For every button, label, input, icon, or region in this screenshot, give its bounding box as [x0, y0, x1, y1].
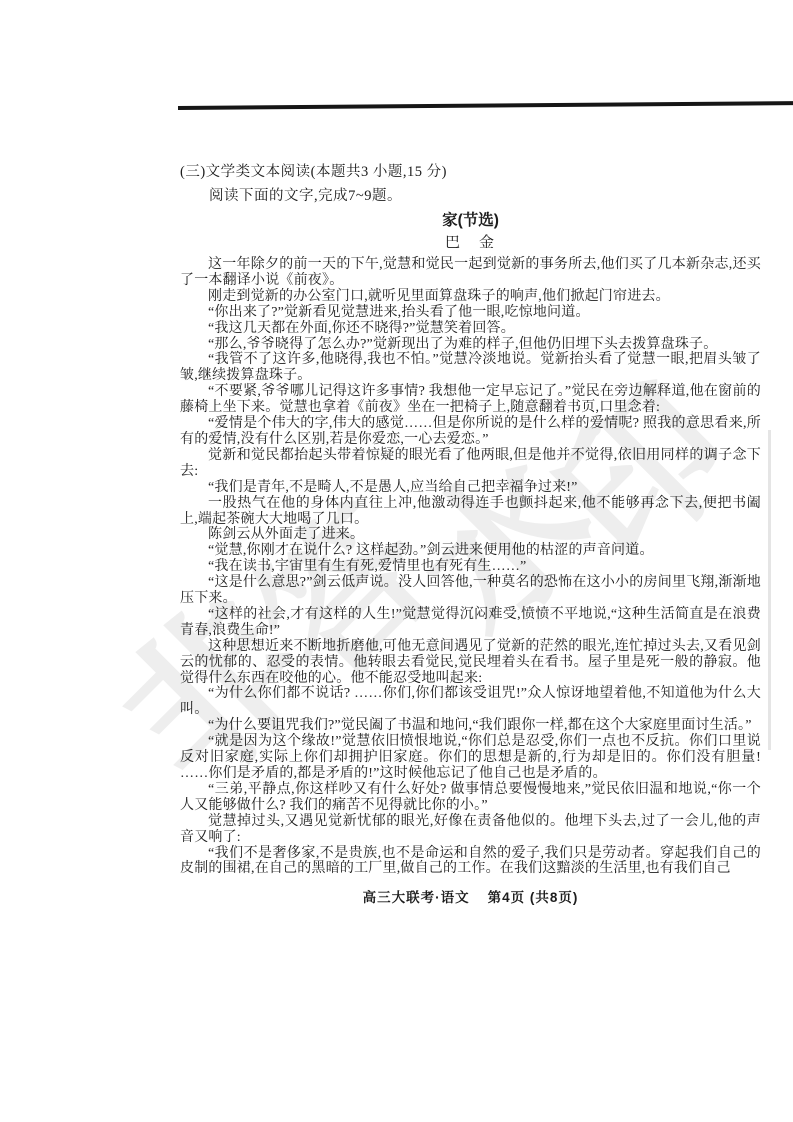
- passage-paragraph: “为什么你们都不说话? ……你们,你们都该受诅咒!”众人惊讶地望着他,不知道他为…: [180, 686, 761, 718]
- passage-paragraph: 陈剑云从外面走了进来。: [180, 527, 761, 543]
- passage-body: 这一年除夕的前一天的下午,觉慧和觉民一起到觉新的事务所去,他们买了几本新杂志,还…: [180, 257, 761, 877]
- passage-paragraph: 觉新和觉民都抬起头带着惊疑的眼光看了他两眼,但是他并不觉得,依旧用同样的调子念下…: [180, 448, 761, 480]
- passage-paragraph: “你出来了?”觉新看见觉慧进来,抬头看了他一眼,吃惊地问道。: [180, 305, 761, 321]
- scanned-exam-page: 非 答 水 印 (三)文学类文本阅读(本题共3 小题,15 分) 阅读下面的文字…: [0, 0, 793, 1122]
- passage-paragraph: “不要紧,爷爷哪儿记得这许多事情? 我想他一定早忘记了。”觉民在旁边解释道,他在…: [180, 384, 761, 416]
- section-heading: (三)文学类文本阅读(本题共3 小题,15 分): [180, 160, 761, 181]
- passage-paragraph: “我管不了这许多,他晓得,我也不怕。”觉慧冷淡地说。觉新抬头看了觉慧一眼,把眉头…: [180, 352, 761, 384]
- top-rule-divider: [178, 101, 793, 110]
- passage-author: 巴 金: [180, 231, 761, 252]
- passage-paragraph: “觉慧,你刚才在说什么? 这样起劲。”剑云进来便用他的枯涩的声音问道。: [180, 543, 761, 559]
- passage-paragraph: “这样的社会,才有这样的人生!”觉慧觉得沉闷难受,愤愤不平地说,“这种生活简直是…: [180, 607, 761, 639]
- passage-paragraph: 一股热气在他的身体内直往上冲,他激动得连手也颤抖起来,他不能够再念下去,便把书阖…: [180, 496, 761, 528]
- page-footer: 高三大联考·语文第4页 (共8页): [180, 886, 761, 906]
- passage-paragraph: 刚走到觉新的办公室门口,就听见里面算盘珠子的响声,他们掀起门帘进去。: [180, 289, 761, 305]
- passage-paragraph: “我在读书,宇宙里有生有死,爱情里也有死有生……”: [180, 559, 761, 575]
- passage-paragraph: “那么,爷爷晓得了怎么办?”觉新现出了为难的样子,但他仍旧埋下头去拨算盘珠子。: [180, 337, 761, 353]
- passage-paragraph: “爱情是个伟大的字,伟大的感觉……但是你所说的是什么样的爱情呢? 照我的意思看来…: [180, 416, 761, 448]
- footer-exam-name: 高三大联考·语文: [363, 890, 470, 905]
- passage-paragraph: “我们是青年,不是畸人,不是愚人,应当给自己把幸福争过来!”: [180, 480, 761, 496]
- passage-paragraph: “我这几天都在外面,你还不晓得?”觉慧笑着回答。: [180, 321, 761, 337]
- page-content: (三)文学类文本阅读(本题共3 小题,15 分) 阅读下面的文字,完成7~9题。…: [180, 160, 761, 920]
- passage-paragraph: “就是因为这个缘故!”觉慧依旧愤恨地说,“你们总是忍受,你们一点也不反抗。你们口…: [180, 734, 761, 782]
- passage-title: 家(节选): [180, 208, 761, 230]
- passage-paragraph: 这一年除夕的前一天的下午,觉慧和觉民一起到觉新的事务所去,他们买了几本新杂志,还…: [180, 257, 761, 289]
- passage-paragraph: “我们不是奢侈家,不是贵族,也不是命运和自然的爱子,我们只是劳动者。穿起我们自己…: [180, 846, 761, 878]
- scan-edge-shadow: [768, 430, 771, 750]
- passage-paragraph: “为什么要诅咒我们?”觉民阖了书温和地问,“我们跟你一样,都在这个大家庭里面讨生…: [180, 718, 761, 734]
- passage-paragraph: “三弟,平静点,你这样吵又有什么好处? 做事情总要慢慢地来,”觉民依旧温和地说,…: [180, 782, 761, 814]
- footer-page-info: 第4页 (共8页): [488, 890, 579, 905]
- passage-paragraph: “这是什么意思?”剑云低声说。没人回答他,一种莫名的恐怖在这小小的房间里飞翔,渐…: [180, 575, 761, 607]
- passage-paragraph: 觉慧掉过头,又遇见觉新忧郁的眼光,好像在责备他似的。他埋下头去,过了一会儿,他的…: [180, 814, 761, 846]
- passage-paragraph: 这种思想近来不断地折磨他,可他无意间遇见了觉新的茫然的眼光,连忙掉过头去,又看见…: [180, 639, 761, 687]
- reading-instruction: 阅读下面的文字,完成7~9题。: [180, 184, 761, 205]
